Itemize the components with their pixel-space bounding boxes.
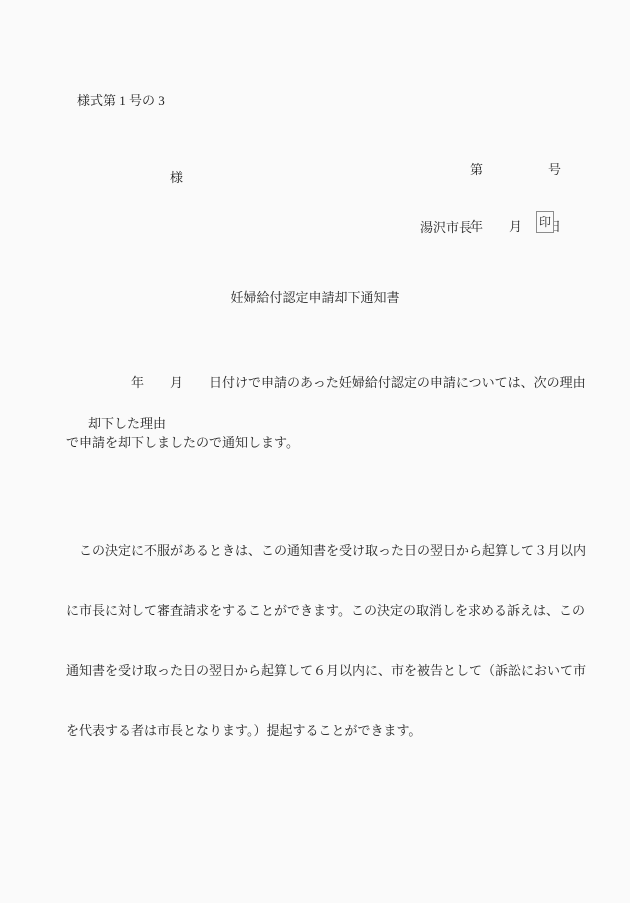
appeal-rights-paragraph: この決定に不服があるときは、この通知書を受け取った日の翌日から起算して３月以内 … xyxy=(66,501,578,781)
appeal-line-3: 通知書を受け取った日の翌日から起算して６月以内に、市を被告として（訴訟において市 xyxy=(66,661,578,681)
addressee-suffix: 様 xyxy=(170,167,183,186)
sender-title: 湯沢市長 xyxy=(420,217,472,236)
form-number-label: 様式第 1 号の 3 xyxy=(77,90,165,109)
doc-number-date-block: 第 号 年 月 日 xyxy=(470,122,561,274)
appeal-line-4: を代表する者は市長となります。）提起することができます。 xyxy=(66,721,578,741)
rejection-reason-label: 却下した理由 xyxy=(88,413,166,432)
appeal-line-1: この決定に不服があるときは、この通知書を受け取った日の翌日から起算して３月以内 xyxy=(66,541,578,561)
appeal-line-2: に市長に対して審査請求をすることができます。この決定の取消しを求める訴えは、この xyxy=(66,601,578,621)
document-page: 様式第 1 号の 3 第 号 年 月 日 様 湯沢市長 印 妊婦給付認定申請却下… xyxy=(0,0,630,903)
body-line-2: で申請を却下しましたので通知します。 xyxy=(66,433,578,453)
seal-stamp-box: 印 xyxy=(536,211,554,233)
body-line-1: 年 月 日付けで申請のあった妊婦給付認定の申請については、次の理由 xyxy=(66,373,578,393)
document-title: 妊婦給付認定申請却下通知書 xyxy=(0,287,630,306)
document-number-line: 第 号 xyxy=(470,160,561,179)
